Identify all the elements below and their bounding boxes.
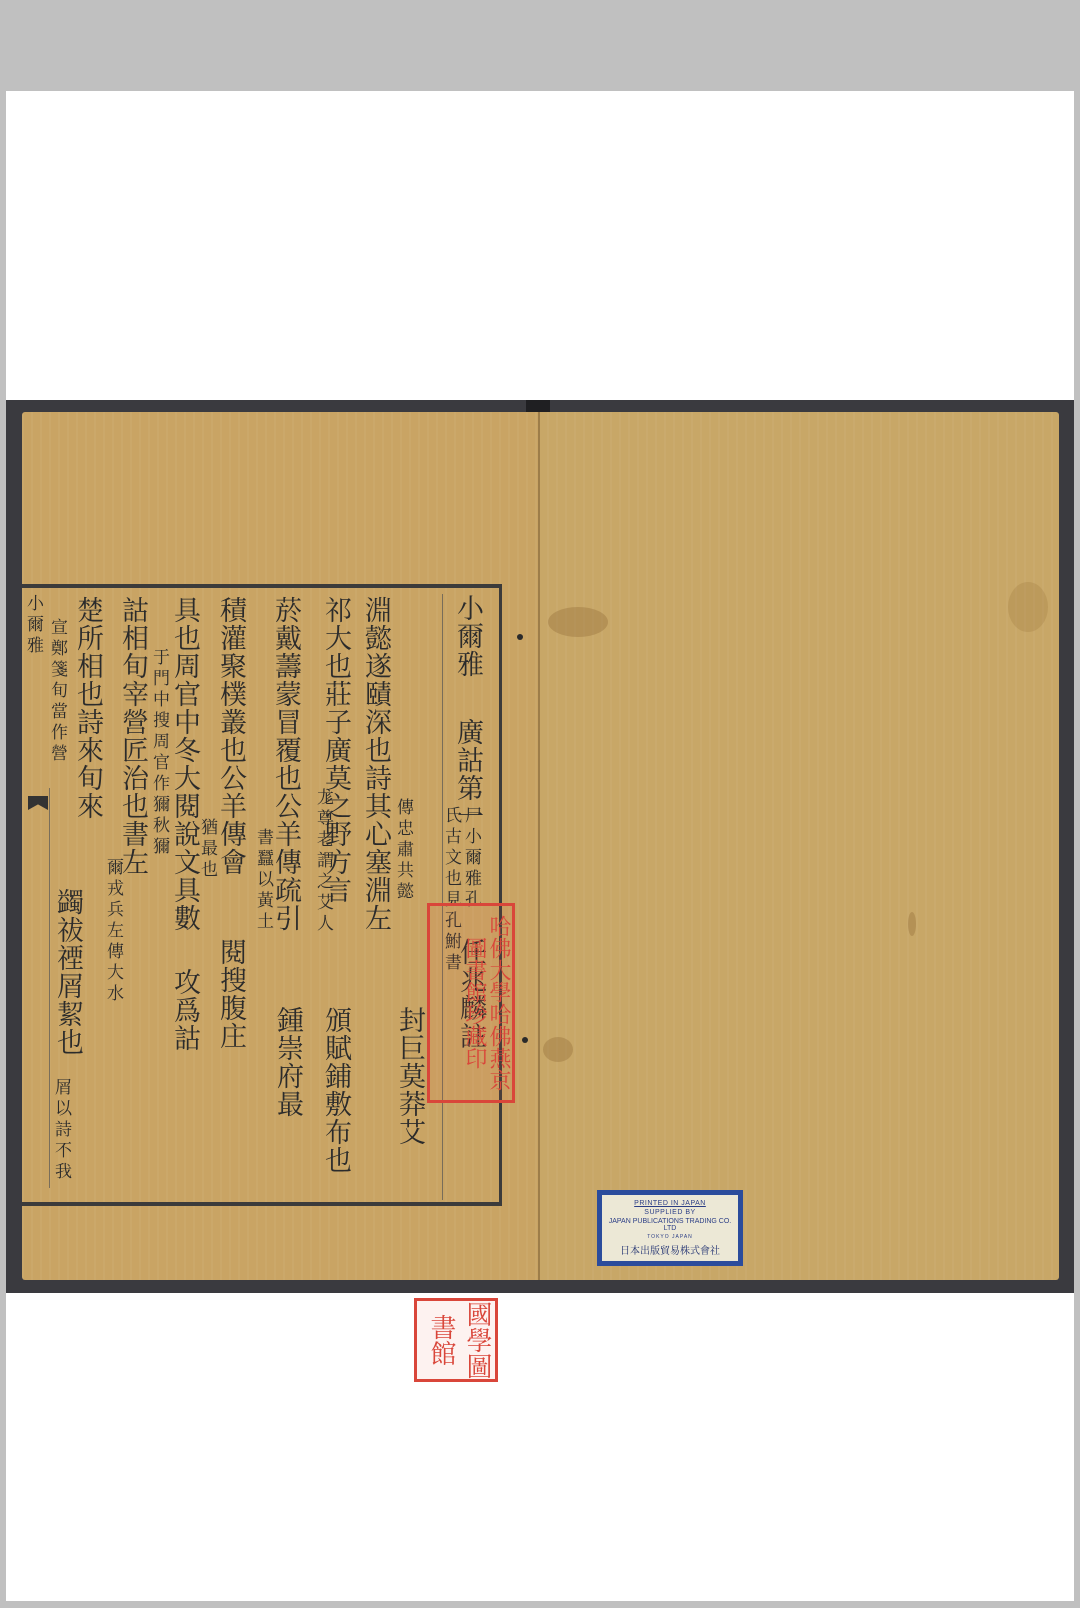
stain (908, 912, 916, 936)
text-column: 淵懿遂賾深也詩其心塞淵左 (360, 596, 390, 932)
binding-hole (517, 634, 523, 640)
text-column: 楚所相也詩來旬來 (72, 596, 102, 820)
commentary-7: 于門中搜周官作獮秋獮 (150, 648, 168, 858)
commentary-8: 爾戎兵左傳大水 (104, 858, 122, 1005)
book-scan-image: 小爾雅 廣詁第一 尸小爾雅孔 氏古文也見孔鮒書 任兆麟註 淵懿遂賾深也詩其心塞淵… (6, 400, 1074, 1293)
text-column: 頒賦鋪敷布也 (320, 1006, 350, 1174)
text-column: 積灌聚樸叢也公羊傳會 (215, 596, 245, 876)
text-column: 菸戴薵蒙冒覆也公羊傳疏引 (270, 596, 300, 932)
text-column: 攻爲詁 (169, 968, 199, 1052)
stain (548, 607, 608, 637)
fishtail-mark-icon (28, 796, 48, 810)
text-column: 封巨莫莽艾 (394, 1006, 424, 1146)
commentary-1: 尸小爾雅孔 (462, 806, 480, 911)
commentary-5: 猶最也 (198, 818, 216, 881)
gutter-fold (538, 412, 540, 1280)
stain (543, 1037, 573, 1062)
label-company: JAPAN PUBLICATIONS TRADING CO. LTD (602, 1218, 738, 1232)
binding-hole (522, 1037, 528, 1043)
printed-text-block: 小爾雅 廣詁第一 尸小爾雅孔 氏古文也見孔鮒書 任兆麟註 淵懿遂賾深也詩其心塞淵… (22, 584, 502, 1206)
title-header: 小爾雅 (452, 594, 482, 678)
stain (1008, 582, 1048, 632)
commentary-4: 書蠶以黃土 (254, 828, 272, 933)
text-column: 蠲祓禋屑絜也 (52, 888, 82, 1056)
text-column: 宣鄭箋旬當作營 (48, 618, 66, 765)
library-seal: 國學圖書館 (414, 1298, 498, 1382)
text-column: 具也周官中冬大閱說文具數 (169, 596, 199, 932)
text-column: 閱搜腹庄 (215, 938, 245, 1050)
column-rule (49, 788, 50, 1188)
text-column: 鍾崇府最 (272, 1006, 302, 1118)
right-page (538, 412, 1059, 1280)
commentary-2: 傳忠肅共懿 (394, 798, 412, 903)
text-column: 詁相旬宰營匠治也書左 (117, 596, 147, 876)
commentary-3: 尨尊老謂之艾人 (314, 788, 332, 935)
commentary-9: 屑以詩不我 (52, 1078, 70, 1183)
publisher-label: PRINTED IN JAPAN SUPPLIED BY JAPAN PUBLI… (597, 1190, 743, 1266)
label-supplied-by: SUPPLIED BY (602, 1209, 738, 1216)
label-printed-in: PRINTED IN JAPAN (602, 1200, 738, 1207)
left-page: 小爾雅 廣詁第一 尸小爾雅孔 氏古文也見孔鮒書 任兆麟註 淵懿遂賾深也詩其心塞淵… (22, 412, 538, 1280)
label-city: TOKYO JAPAN (602, 1234, 738, 1240)
harvard-yenching-seal: 哈佛大學哈佛燕京圖書館珍藏印 (427, 903, 515, 1103)
label-company-japanese: 日本出版貿易株式會社 (602, 1242, 738, 1257)
margin-title: 小爾雅 (24, 594, 42, 657)
